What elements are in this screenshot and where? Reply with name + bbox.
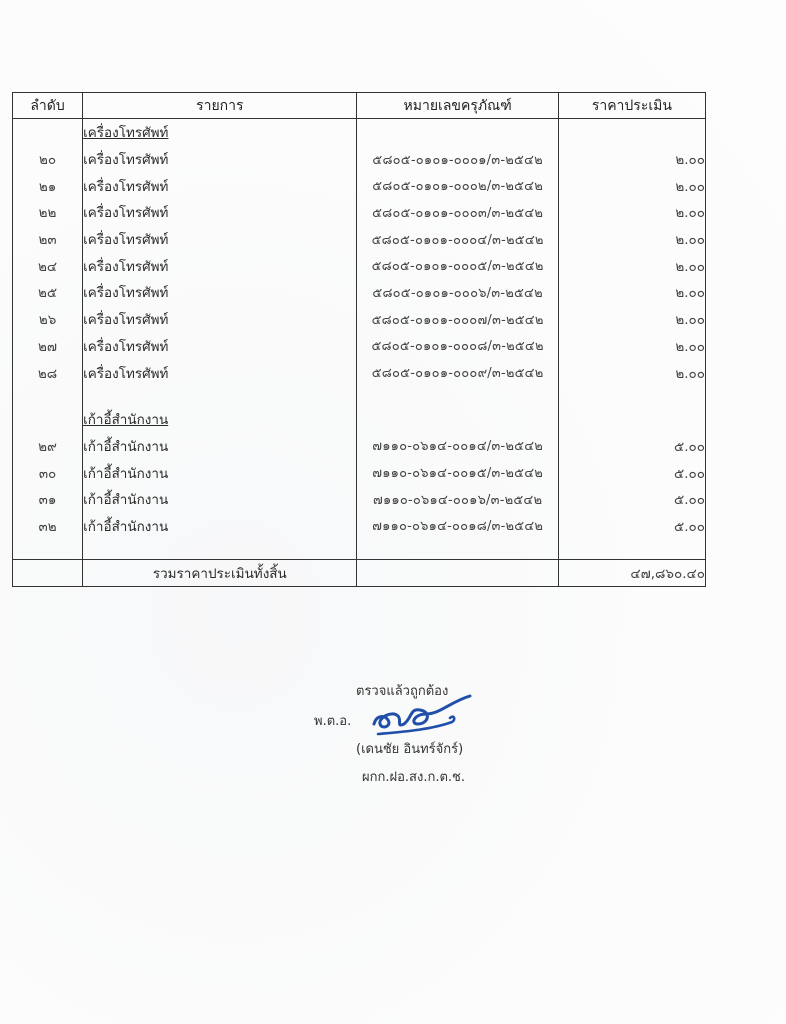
table-row: ๒๖เครื่องโทรศัพท์๕๘๐๕-๐๑๐๑-๐๐๐๗/๓-๒๕๔๒๒.… <box>13 306 706 333</box>
group-title-cell: เก้าอี้สำนักงาน <box>83 406 357 433</box>
item-name: เก้าอี้สำนักงาน <box>83 433 357 460</box>
empty-cell <box>13 119 83 146</box>
asset-code: ๕๘๐๕-๐๑๐๑-๐๐๐๘/๓-๒๕๔๒ <box>357 333 558 360</box>
header-price: ราคาประเมิน <box>558 93 705 119</box>
asset-code: ๗๑๑๐-๐๖๑๔-๐๐๑๖/๓-๒๕๔๒ <box>357 486 558 513</box>
table-row: ๒๙เก้าอี้สำนักงาน๗๑๑๐-๐๖๑๔-๐๐๑๔/๓-๒๕๔๒๕.… <box>13 433 706 460</box>
empty-cell <box>357 386 558 406</box>
appraised-price: ๒.๐๐ <box>558 146 705 173</box>
handwritten-signature-icon <box>370 694 480 744</box>
asset-code: ๕๘๐๕-๐๑๐๑-๐๐๐๙/๓-๒๕๔๒ <box>357 359 558 386</box>
asset-code: ๕๘๐๕-๐๑๐๑-๐๐๐๗/๓-๒๕๔๒ <box>357 306 558 333</box>
appraised-price: ๕.๐๐ <box>558 459 705 486</box>
empty-cell <box>357 539 558 560</box>
table-row: ๓๑เก้าอี้สำนักงาน๗๑๑๐-๐๖๑๔-๐๐๑๖/๓-๒๕๔๒๕.… <box>13 486 706 513</box>
table-header-row: ลำดับ รายการ หมายเลขครุภัณฑ์ ราคาประเมิน <box>13 93 706 119</box>
item-name: เครื่องโทรศัพท์ <box>83 172 357 199</box>
table-row: ๒๑เครื่องโทรศัพท์๕๘๐๕-๐๑๐๑-๐๐๐๒/๓-๒๕๔๒๒.… <box>13 172 706 199</box>
signer-name: (เดนชัย อินทร์จักร์) <box>356 738 463 759</box>
appraised-price: ๒.๐๐ <box>558 252 705 279</box>
table-row: ๒๘เครื่องโทรศัพท์๕๘๐๕-๐๑๐๑-๐๐๐๙/๓-๒๕๔๒๒.… <box>13 359 706 386</box>
appraised-price: ๒.๐๐ <box>558 226 705 253</box>
row-number: ๒๗ <box>13 333 83 360</box>
row-number: ๒๐ <box>13 146 83 173</box>
asset-code: ๗๑๑๐-๐๖๑๔-๐๐๑๔/๓-๒๕๔๒ <box>357 433 558 460</box>
appraised-price: ๒.๐๐ <box>558 199 705 226</box>
spacer-row <box>13 386 706 406</box>
empty-cell <box>558 406 705 433</box>
item-name: เครื่องโทรศัพท์ <box>83 279 357 306</box>
row-number: ๒๓ <box>13 226 83 253</box>
total-label: รวมราคาประเมินทั้งสิ้น <box>83 560 357 587</box>
empty-cell <box>13 406 83 433</box>
empty-cell <box>83 386 357 406</box>
row-number: ๒๙ <box>13 433 83 460</box>
header-no: ลำดับ <box>13 93 83 119</box>
empty-cell <box>558 539 705 560</box>
table-body: เครื่องโทรศัพท์๒๐เครื่องโทรศัพท์๕๘๐๕-๐๑๐… <box>13 119 706 587</box>
empty-cell <box>357 560 558 587</box>
row-number: ๓๐ <box>13 459 83 486</box>
empty-cell <box>83 539 357 560</box>
asset-code: ๕๘๐๕-๐๑๐๑-๐๐๐๕/๓-๒๕๔๒ <box>357 252 558 279</box>
signer-rank: พ.ต.อ. <box>314 710 351 731</box>
spacer-row <box>13 539 706 560</box>
total-value: ๔๗,๘๖๐.๔๐ <box>558 560 705 587</box>
table-row: ๒๓เครื่องโทรศัพท์๕๘๐๕-๐๑๐๑-๐๐๐๔/๓-๒๕๔๒๒.… <box>13 226 706 253</box>
item-name: เครื่องโทรศัพท์ <box>83 359 357 386</box>
item-name: เครื่องโทรศัพท์ <box>83 146 357 173</box>
asset-code: ๗๑๑๐-๐๖๑๔-๐๐๑๕/๓-๒๕๔๒ <box>357 459 558 486</box>
row-number: ๒๔ <box>13 252 83 279</box>
row-number: ๓๒ <box>13 513 83 540</box>
asset-code: ๕๘๐๕-๐๑๐๑-๐๐๐๑/๓-๒๕๔๒ <box>357 146 558 173</box>
empty-cell <box>13 539 83 560</box>
empty-cell <box>13 386 83 406</box>
group-title: เก้าอี้สำนักงาน <box>83 412 168 428</box>
item-name: เก้าอี้สำนักงาน <box>83 513 357 540</box>
empty-cell <box>558 386 705 406</box>
item-name: เก้าอี้สำนักงาน <box>83 459 357 486</box>
document-page: ลำดับ รายการ หมายเลขครุภัณฑ์ ราคาประเมิน… <box>0 0 786 1024</box>
appraised-price: ๕.๐๐ <box>558 486 705 513</box>
asset-code: ๕๘๐๕-๐๑๐๑-๐๐๐๒/๓-๒๕๔๒ <box>357 172 558 199</box>
appraised-price: ๕.๐๐ <box>558 433 705 460</box>
row-number: ๒๒ <box>13 199 83 226</box>
item-name: เครื่องโทรศัพท์ <box>83 252 357 279</box>
group-title-cell: เครื่องโทรศัพท์ <box>83 119 357 146</box>
group-title-row: เครื่องโทรศัพท์ <box>13 119 706 146</box>
empty-cell <box>558 119 705 146</box>
appraised-price: ๒.๐๐ <box>558 172 705 199</box>
item-name: เครื่องโทรศัพท์ <box>83 226 357 253</box>
item-name: เก้าอี้สำนักงาน <box>83 486 357 513</box>
row-number: ๒๘ <box>13 359 83 386</box>
total-row: รวมราคาประเมินทั้งสิ้น๔๗,๘๖๐.๔๐ <box>13 560 706 587</box>
table-row: ๓๒เก้าอี้สำนักงาน๗๑๑๐-๐๖๑๔-๐๐๑๘/๓-๒๕๔๒๕.… <box>13 513 706 540</box>
table-row: ๒๔เครื่องโทรศัพท์๕๘๐๕-๐๑๐๑-๐๐๐๕/๓-๒๕๔๒๒.… <box>13 252 706 279</box>
asset-code: ๕๘๐๕-๐๑๐๑-๐๐๐๓/๓-๒๕๔๒ <box>357 199 558 226</box>
table-row: ๓๐เก้าอี้สำนักงาน๗๑๑๐-๐๖๑๔-๐๐๑๕/๓-๒๕๔๒๕.… <box>13 459 706 486</box>
table-row: ๒๗เครื่องโทรศัพท์๕๘๐๕-๐๑๐๑-๐๐๐๘/๓-๒๕๔๒๒.… <box>13 333 706 360</box>
appraised-price: ๒.๐๐ <box>558 333 705 360</box>
empty-cell <box>13 560 83 587</box>
table-row: ๒๕เครื่องโทรศัพท์๕๘๐๕-๐๑๐๑-๐๐๐๖/๓-๒๕๔๒๒.… <box>13 279 706 306</box>
row-number: ๒๕ <box>13 279 83 306</box>
asset-code: ๕๘๐๕-๐๑๐๑-๐๐๐๖/๓-๒๕๔๒ <box>357 279 558 306</box>
empty-cell <box>357 406 558 433</box>
table-row: ๒๐เครื่องโทรศัพท์๕๘๐๕-๐๑๐๑-๐๐๐๑/๓-๒๕๔๒๒.… <box>13 146 706 173</box>
header-item: รายการ <box>83 93 357 119</box>
empty-cell <box>357 119 558 146</box>
group-title: เครื่องโทรศัพท์ <box>83 125 168 141</box>
table-row: ๒๒เครื่องโทรศัพท์๕๘๐๕-๐๑๐๑-๐๐๐๓/๓-๒๕๔๒๒.… <box>13 199 706 226</box>
asset-code: ๗๑๑๐-๐๖๑๔-๐๐๑๘/๓-๒๕๔๒ <box>357 513 558 540</box>
appraised-price: ๒.๐๐ <box>558 359 705 386</box>
item-name: เครื่องโทรศัพท์ <box>83 333 357 360</box>
item-name: เครื่องโทรศัพท์ <box>83 306 357 333</box>
item-name: เครื่องโทรศัพท์ <box>83 199 357 226</box>
asset-table: ลำดับ รายการ หมายเลขครุภัณฑ์ ราคาประเมิน… <box>12 92 706 587</box>
appraised-price: ๒.๐๐ <box>558 306 705 333</box>
asset-code: ๕๘๐๕-๐๑๐๑-๐๐๐๔/๓-๒๕๔๒ <box>357 226 558 253</box>
appraised-price: ๒.๐๐ <box>558 279 705 306</box>
appraised-price: ๕.๐๐ <box>558 513 705 540</box>
row-number: ๒๑ <box>13 172 83 199</box>
signer-position: ผกก.ฝอ.สง.ก.ต.ช. <box>362 766 465 787</box>
row-number: ๓๑ <box>13 486 83 513</box>
group-title-row: เก้าอี้สำนักงาน <box>13 406 706 433</box>
row-number: ๒๖ <box>13 306 83 333</box>
header-code: หมายเลขครุภัณฑ์ <box>357 93 558 119</box>
